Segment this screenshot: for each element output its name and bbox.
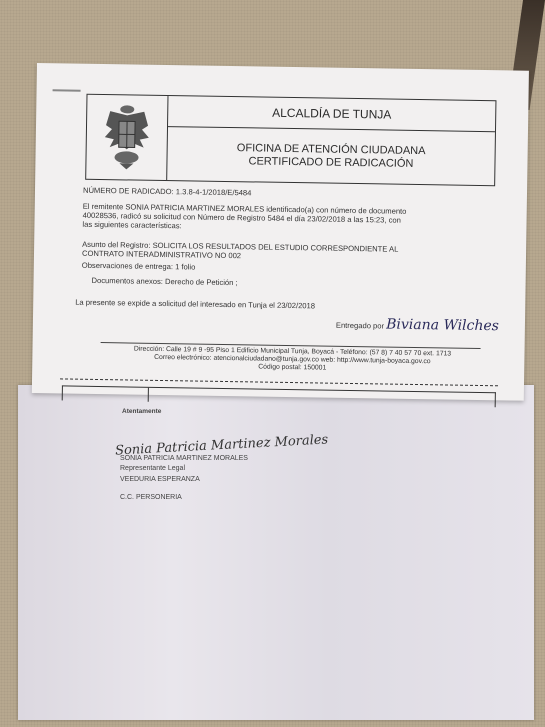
letter-signer-role: Representante Legal: [120, 464, 185, 474]
letter-signer-name: SONIA PATRICIA MARTINEZ MORALES: [120, 454, 248, 464]
certificate-footer: Dirección: Calle 19 # 9 -95 Piso 1 Edifi…: [92, 345, 492, 375]
observaciones: Observaciones de entrega: 1 folio: [82, 261, 196, 272]
cut-line: [60, 378, 498, 386]
entregado-por: Entregado por Biviana Wilches: [336, 320, 499, 333]
radicado-number: NÚMERO DE RADICADO: 1.3.8-4-1/2018/E/548…: [83, 186, 252, 198]
margin-mark: [53, 89, 81, 91]
certificate-header: ALCALDÍA DE TUNJA OFICINA DE ATENCIÓN CI…: [85, 94, 496, 186]
document-type: CERTIFICADO DE RADICACIÓN: [248, 155, 413, 171]
certificate-title: OFICINA DE ATENCIÓN CIUDADANA CERTIFICAD…: [167, 127, 495, 185]
letter-organization: VEEDURIA ESPERANZA: [120, 475, 200, 485]
entregado-signature: Biviana Wilches: [386, 317, 499, 335]
asunto-registro: Asunto del Registro: SOLICITA LOS RESULT…: [82, 240, 487, 264]
letter-closing: Atentamente: [122, 407, 161, 417]
expedicion-statement: La presente se expide a solicitud del in…: [75, 298, 315, 311]
certificate-page: ALCALDÍA DE TUNJA OFICINA DE ATENCIÓN CI…: [32, 63, 529, 401]
intro-paragraph: El remitente SONIA PATRICIA MARTINEZ MOR…: [82, 202, 487, 235]
title-column: ALCALDÍA DE TUNJA OFICINA DE ATENCIÓN CI…: [167, 96, 495, 185]
radicado-value: 1.3.8-4-1/2018/E/5484: [176, 187, 252, 197]
documentos-anexos: Documentos anexos: Derecho de Petición ;: [92, 276, 238, 287]
letter-cc: C.C. PERSONERIA: [120, 493, 182, 503]
coat-of-arms-icon: [101, 103, 152, 172]
crest-cell: [86, 95, 168, 180]
entity-name: ALCALDÍA DE TUNJA: [168, 96, 495, 132]
